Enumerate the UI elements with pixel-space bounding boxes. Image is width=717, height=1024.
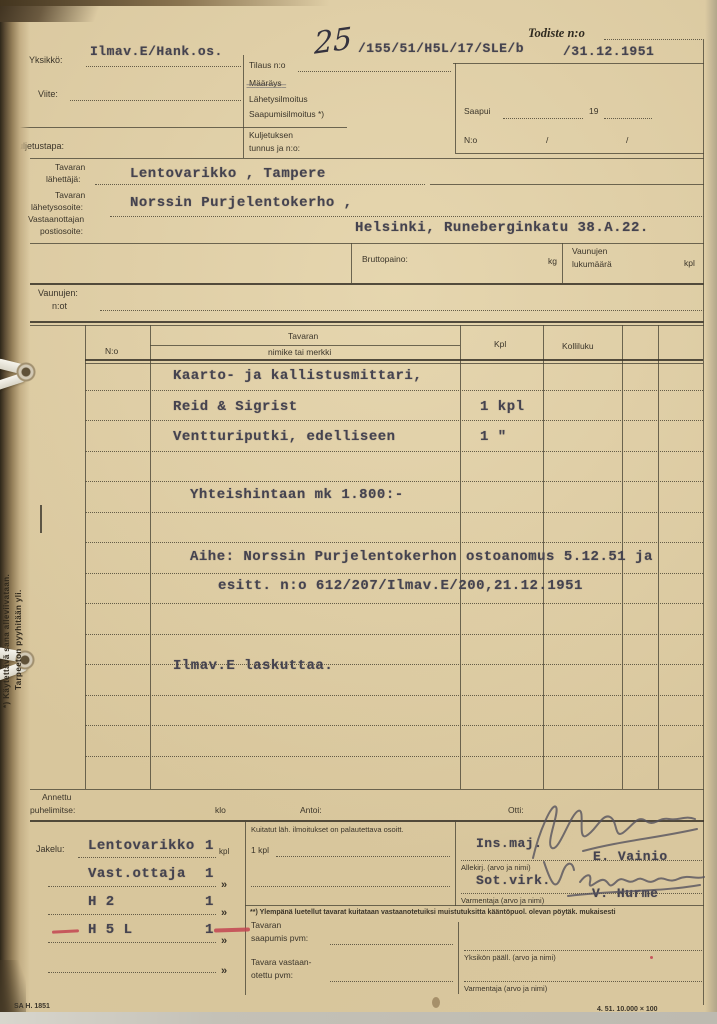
todiste-number-label: Todiste n:o	[528, 26, 585, 41]
receiver-address-label-2: postiosoite:	[40, 227, 83, 236]
row-rule	[85, 725, 703, 726]
row-rule	[85, 695, 703, 696]
dotted-rule	[86, 66, 241, 67]
rule	[351, 243, 352, 283]
phoned-label-1: Annettu	[42, 793, 71, 802]
distribution-item-qty: 1	[205, 894, 214, 910]
doublestar-note: **) Ylempänä luetellut tavarat kuitataan…	[250, 909, 616, 917]
dotted-rule	[464, 950, 702, 951]
scanned-form-page: Todiste n:o 25 /155/51/H5L/17/SLE/b /31.…	[0, 0, 717, 1024]
table-row-qty: 1 kpl	[480, 399, 525, 415]
dotted-rule	[48, 886, 216, 887]
unit-chief-caption: Yksikön pääll. (arvo ja nimi)	[464, 954, 556, 962]
rule	[430, 184, 704, 185]
receipted-note: Kuitatut läh. ilmoitukset on palautettav…	[251, 826, 404, 834]
table-row: Ventturiputki, edelliseen	[173, 429, 396, 445]
distribution-item-name: Vast.ottaja	[88, 866, 186, 882]
sender-label-2: lähettäjä:	[46, 175, 81, 184]
row-rule	[85, 634, 703, 635]
row-rule	[85, 603, 703, 604]
rule	[150, 345, 460, 346]
dotted-rule	[48, 914, 216, 915]
dotted-rule	[70, 100, 241, 101]
ship-address-label-2: lähetysosoite:	[31, 203, 83, 212]
form-code: SA H. 1851	[14, 1003, 50, 1011]
red-pencil-mark	[52, 929, 79, 933]
sender-label-1: Tavaran	[55, 163, 85, 172]
dotted-rule	[604, 39, 702, 40]
receiver-address-label-1: Vastaanottajan	[28, 215, 84, 224]
receiver-address-value: Helsinki, Runeberginkatu 38.A.22.	[355, 220, 649, 236]
phoned-label-2: puhelimitse:	[30, 806, 75, 815]
table-row: Aihe: Norssin Purjelentokerhon ostoanomu…	[190, 549, 653, 565]
dotted-rule	[78, 857, 216, 858]
unit-field-value: Ilmav.E/Hank.os.	[90, 44, 223, 59]
rule	[455, 63, 456, 153]
dotted-rule	[330, 944, 453, 945]
row-rule	[85, 451, 703, 452]
table-row: Yhteishintaan mk 1.800:-	[190, 487, 404, 503]
sender-value: Lentovarikko , Tampere	[130, 166, 326, 182]
signature-hurme	[538, 852, 708, 904]
goods-arrival-date-label-1: Tavaran	[251, 921, 281, 930]
rule	[562, 243, 563, 283]
ditto-mark: »	[221, 935, 227, 947]
table-row: Reid & Sigrist	[173, 399, 298, 415]
arrived-label: Saapui	[464, 107, 490, 116]
distribution-label: Jakelu:	[36, 845, 65, 855]
col-header-kolliluku: Kolliluku	[562, 342, 594, 351]
distribution-item-qty: 1	[205, 922, 214, 938]
col-header-kpl: Kpl	[494, 340, 506, 349]
dotted-rule	[298, 71, 451, 72]
took-label: Otti:	[508, 806, 524, 815]
binder-grommet	[16, 362, 36, 382]
row-rule	[85, 512, 703, 513]
red-speck	[650, 956, 653, 959]
arrived-number-label: N:o	[464, 136, 477, 145]
receiver-name-value: Norssin Purjelentokerho ,	[130, 195, 353, 211]
page-top-edge	[0, 0, 330, 6]
doc-type-tilaus: Tilaus n:o	[249, 61, 286, 70]
table-row: Kaarto- ja kallistusmittari,	[173, 368, 422, 384]
rule	[245, 820, 246, 995]
table-row: Ilmav.E laskuttaa.	[173, 658, 333, 674]
wagon-count-label-1: Vaunujen	[572, 247, 607, 256]
margin-instruction-1: *) Käytettävä sana alleviivataan.	[2, 418, 11, 708]
dotted-rule	[276, 856, 450, 857]
rule	[85, 325, 86, 789]
transport-id-label-2: tunnus ja n:o:	[249, 144, 300, 153]
row-rule	[85, 420, 703, 421]
wagon-count-label-2: lukumäärä	[572, 260, 612, 269]
typed-strikeout: =========	[246, 82, 286, 92]
dotted-rule	[330, 981, 453, 982]
rule	[85, 363, 703, 364]
doc-type-saapumisilmoitus: Saapumisilmoitus *)	[249, 110, 324, 119]
row-rule	[85, 573, 703, 574]
dotted-rule	[48, 942, 216, 943]
ditto-mark: »	[221, 907, 227, 919]
rule	[458, 922, 459, 994]
gave-label: Antoi:	[300, 806, 322, 815]
dotted-rule	[48, 972, 216, 973]
order-date-typed: /31.12.1951	[563, 44, 654, 59]
row-rule	[85, 390, 703, 391]
ship-address-label-1: Tavaran	[55, 191, 85, 200]
slash-separator: /	[546, 136, 548, 145]
row-rule	[85, 542, 703, 543]
col-header-no: N:o	[105, 347, 118, 356]
distribution-item-qty: 1	[205, 838, 214, 854]
kg-unit-label: kg	[548, 257, 557, 266]
kpl-line: 1 kpl	[251, 846, 269, 855]
distribution-item-qty: 1	[205, 866, 214, 882]
dotted-rule	[100, 310, 704, 311]
margin-instruction-2: Tarpeeton pyyhitään yli.	[14, 440, 23, 690]
klo-label: klo	[215, 806, 226, 815]
rule	[150, 325, 151, 789]
dotted-rule	[95, 184, 425, 185]
goods-received-date-label-2: otettu pvm:	[251, 971, 293, 980]
wagon-numbers-label-1: Vaunujen:	[38, 289, 78, 299]
rule	[30, 321, 704, 323]
goods-received-date-label-1: Tavara vastaan-	[251, 958, 311, 967]
dotted-rule	[110, 216, 704, 217]
wagon-numbers-label-2: n:ot	[52, 302, 67, 312]
attester2-caption: Varmentaja (arvo ja nimi)	[464, 985, 547, 993]
ditto-mark: »	[221, 965, 227, 977]
dotted-rule	[464, 981, 702, 982]
dotted-rule	[251, 886, 450, 887]
table-surface	[0, 1012, 717, 1024]
arrived-year-prefix: 19	[589, 107, 598, 116]
rule	[30, 243, 704, 244]
rule	[85, 359, 703, 361]
attester-caption: Varmentaja (arvo ja nimi)	[461, 897, 544, 905]
distribution-item-name: H 5 L	[88, 922, 133, 938]
slash-separator: /	[626, 136, 628, 145]
smudge	[432, 997, 440, 1008]
col-header-item-2: nimike tai merkki	[268, 348, 331, 357]
goods-arrival-date-label-2: saapumis pvm:	[251, 934, 308, 943]
distribution-item-name: H 2	[88, 894, 115, 910]
rule	[455, 820, 456, 906]
reference-field-label: Viite:	[38, 90, 58, 100]
table-row: esitt. n:o 612/207/Ilmav.E/200,21.12.195…	[218, 578, 583, 594]
gross-weight-label: Bruttopaino:	[362, 255, 408, 264]
ditto-mark: »	[221, 879, 227, 891]
row-rule	[85, 481, 703, 482]
rule	[455, 153, 704, 154]
page-right-shadow	[705, 0, 717, 1024]
dotted-rule	[604, 118, 652, 119]
rule	[30, 283, 704, 285]
rule	[30, 158, 704, 159]
handwritten-order-number: 25	[314, 21, 352, 62]
rule	[30, 325, 704, 326]
rule	[658, 325, 659, 789]
dotted-rule	[503, 118, 583, 119]
order-number-typed: /155/51/H5L/17/SLE/b	[358, 41, 524, 56]
rule	[20, 127, 347, 128]
row-rule	[85, 756, 703, 757]
doc-type-lahetysilmoitus: Lähetysilmoitus	[249, 95, 308, 104]
rule	[453, 63, 704, 64]
transport-id-label-1: Kuljetuksen	[249, 131, 293, 140]
signature-caption: Allekirj. (arvo ja nimi)	[461, 864, 531, 872]
table-row-qty: 1 "	[480, 429, 507, 445]
col-header-item-1: Tavaran	[288, 332, 318, 341]
unit-field-label: Yksikkö:	[29, 56, 63, 66]
distribution-item-name: Lentovarikko	[88, 838, 195, 854]
distribution-item-unit: kpl	[219, 847, 229, 856]
rule	[30, 789, 704, 790]
margin-tick	[40, 505, 42, 533]
kpl-unit-label: kpl	[684, 259, 695, 268]
rule	[243, 55, 244, 158]
